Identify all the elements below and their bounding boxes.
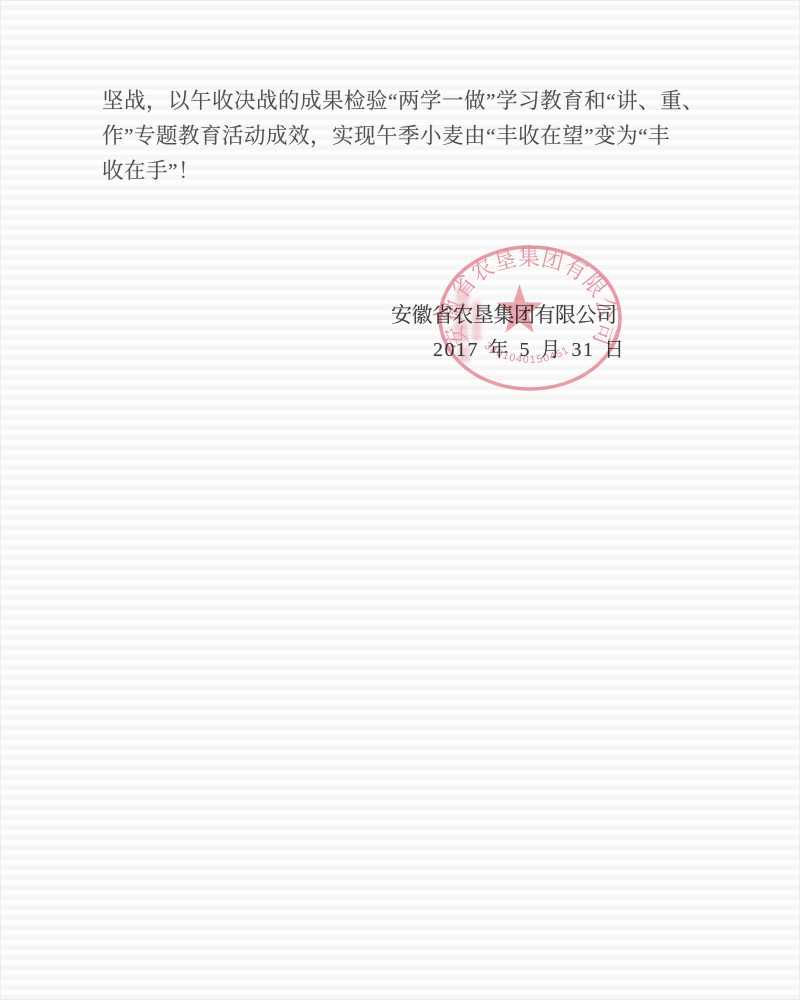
paragraph-line-3: 收在手”！: [102, 154, 722, 189]
scanned-document-page: 坚战，以午收决战的成果检验“两学一做”学习教育和“讲、重、 作”专题教育活动成效…: [0, 0, 800, 1000]
paragraph-line-1: 坚战，以午收决战的成果检验“两学一做”学习教育和“讲、重、: [102, 84, 722, 119]
body-paragraph: 坚战，以午收决战的成果检验“两学一做”学习教育和“讲、重、 作”专题教育活动成效…: [102, 84, 722, 189]
paragraph-line-2: 作”专题教育活动成效，实现午季小麦由“丰收在望”变为“丰: [102, 119, 722, 154]
seal-arc-text-holder: 安徽省农垦集团有限公司: [439, 244, 620, 351]
signature-date: 2017 年 5 月 31 日: [433, 338, 626, 362]
seal-arc-text: 安徽省农垦集团有限公司: [439, 244, 620, 351]
signature-company: 安徽省农垦集团有限公司: [391, 303, 617, 327]
